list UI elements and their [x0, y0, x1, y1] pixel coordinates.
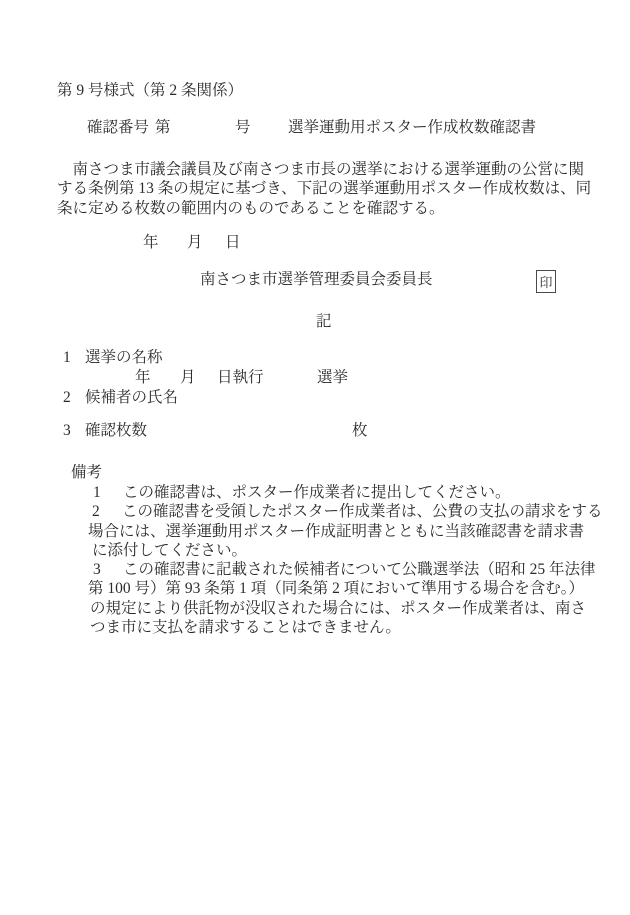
remarks-heading: 備考	[71, 465, 102, 481]
document-title: 選挙運動用ポスター作成枚数確認書	[288, 120, 536, 136]
body-paragraph: 南さつま市議会議員及び南さつま市長の選挙における選挙運動の公営に関 する条例第 …	[57, 160, 591, 218]
item-3-label: 確認枚数	[85, 423, 147, 439]
remark-3-text-line: 第 100 号）第 93 条第 1 項（同条第 2 項において準用する場合を含む…	[88, 581, 584, 597]
remark-3-number: 3	[93, 562, 101, 578]
election-suffix-label: 選挙	[317, 370, 348, 386]
document-page: 第 9 号様式（第 2 条関係） 確認番号 第 号 選挙運動用ポスター作成枚数確…	[0, 0, 630, 915]
remark-3-text-line: つま市に支払を請求することはできません。	[90, 620, 401, 636]
ki-marker: 記	[316, 314, 332, 330]
remark-3-text-line: の規定により供託物が没収された場合には、ポスター作成業者は、南さ	[90, 601, 586, 617]
election-date-exec-label: 日執行	[217, 370, 264, 386]
remark-2-text-line: に添付してください。	[92, 543, 247, 559]
item-2-label: 候補者の氏名	[85, 390, 178, 406]
confirmation-number-suffix: 号	[235, 120, 251, 136]
remark-3-text-line: この確認書に記載された候補者について公職選挙法（昭和 25 年法律	[123, 562, 595, 578]
date-month-label: 月	[187, 235, 203, 251]
item-2-number: 2	[63, 390, 71, 406]
remark-2-text-line: 場合には、選挙運動用ポスター作成証明書とともに当該確認書を請求書	[88, 524, 584, 540]
form-number-line: 第 9 号様式（第 2 条関係）	[57, 83, 243, 99]
item-1-label: 選挙の名称	[85, 350, 163, 366]
seal-box: 印	[536, 270, 556, 293]
body-paragraph-line: する条例第 13 条の規定に基づき、下記の選挙運動用ポスター作成枚数は、同	[57, 179, 591, 198]
remark-1-text: この確認書は、ポスター作成業者に提出してください。	[123, 485, 511, 501]
seal-label: 印	[539, 272, 552, 291]
issuer-name: 南さつま市選挙管理委員会委員長	[200, 272, 433, 288]
election-date-month-label: 月	[180, 370, 196, 386]
date-year-label: 年	[143, 235, 159, 251]
election-date-year-label: 年	[135, 370, 151, 386]
confirmation-number-prefix: 第	[155, 120, 171, 136]
remark-2-text-line: この確認書を受領したポスター作成業者は、公費の支払の請求をする	[122, 504, 603, 520]
confirmation-number-label: 確認番号	[87, 120, 149, 136]
body-paragraph-line: 南さつま市議会議員及び南さつま市長の選挙における選挙運動の公営に関	[57, 160, 591, 179]
remark-2-number: 2	[92, 504, 100, 520]
remark-1-number: 1	[93, 485, 101, 501]
item-3-unit-label: 枚	[352, 423, 368, 439]
date-day-label: 日	[225, 235, 241, 251]
item-1-number: 1	[63, 350, 71, 366]
body-paragraph-line: 条に定める枚数の範囲内のものであることを確認する。	[57, 199, 591, 218]
item-3-number: 3	[63, 423, 71, 439]
